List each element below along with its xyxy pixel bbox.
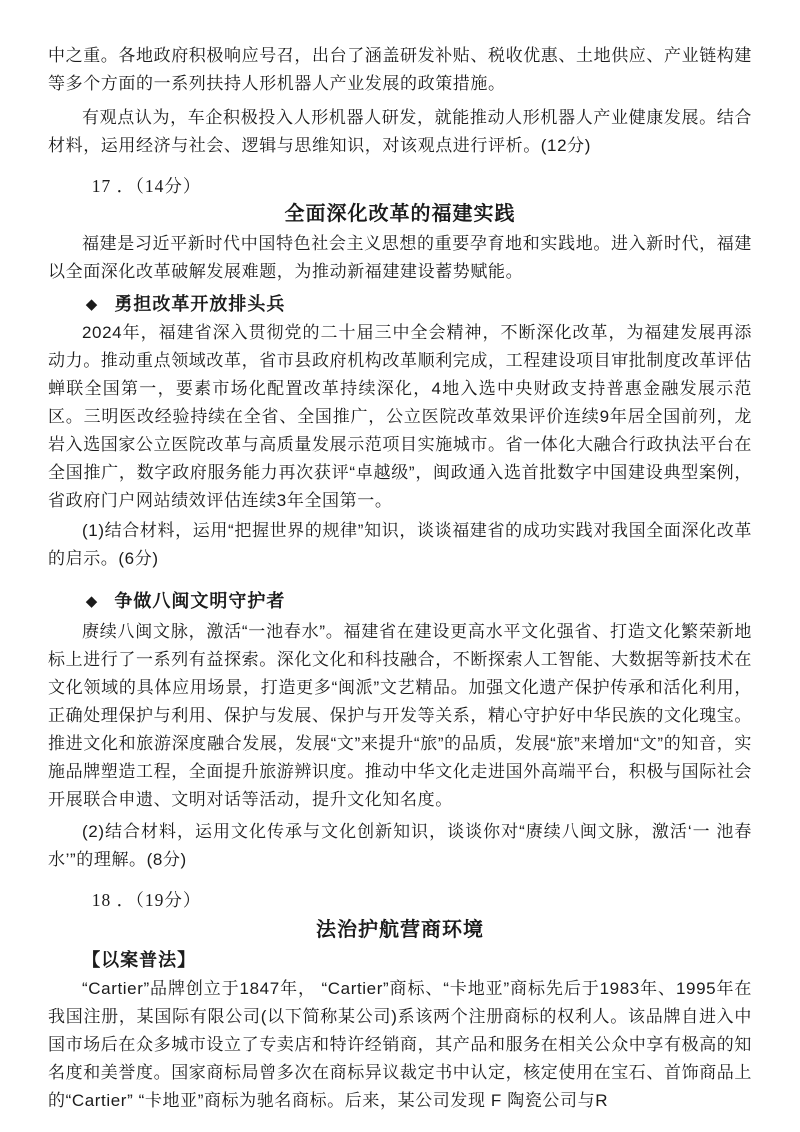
q18-material-paragraph: “Cartier”品牌创立于1847年， “Cartier”商标、“卡地亚”商标… [48,975,752,1115]
q16-material-continued: 中之重。各地政府积极响应号召，出台了涵盖研发补贴、税收优惠、土地供应、产业链构建… [48,42,752,98]
q17-section2-body: 赓续八闽文脉，激活“一池春水”。福建省在建设更高水平文化强省、打造文化繁荣新地标… [48,618,752,814]
q17-section1-body: 2024年，福建省深入贯彻党的二十届三中全会精神，不断深化改革，为福建发展再添动… [48,319,752,515]
q18-case-law-tag: 【以案普法】 [48,948,752,973]
q17-section2-heading: ◆ 争做八闽文明守护者 [48,589,752,614]
q17-number: 17 ．（14分） [48,174,752,198]
diamond-bullet-icon: ◆ [86,589,99,614]
exam-paper-page: 中之重。各地政府积极响应号召，出台了涵盖研发补贴、税收优惠、土地供应、产业链构建… [0,0,800,1132]
q18-title: 法治护航营商环境 [48,916,752,944]
q17-title: 全面深化改革的福建实践 [48,200,752,228]
q17-section1-heading-label: 勇担改革开放排头兵 [114,292,285,317]
q18-number: 18 ．（19分） [48,888,752,912]
q17-intro-paragraph: 福建是习近平新时代中国特色社会主义思想的重要孕育地和实践地。进入新时代，福建以全… [48,230,752,286]
diamond-bullet-icon: ◆ [86,292,99,317]
q17-subquestion-1: (1)结合材料，运用“把握世界的规律”知识，谈谈福建省的成功实践对我国全面深化改… [48,517,752,573]
q17-section1-heading: ◆ 勇担改革开放排头兵 [48,292,752,317]
q17-subquestion-2: (2)结合材料，运用文化传承与文化创新知识，谈谈你对“赓续八闽文脉，激活‘一 池… [48,818,752,874]
q16-question-paragraph: 有观点认为，车企积极投入人形机器人研发，就能推动人形机器人产业健康发展。结合材料… [48,104,752,160]
q17-section2-heading-label: 争做八闽文明守护者 [114,589,285,614]
